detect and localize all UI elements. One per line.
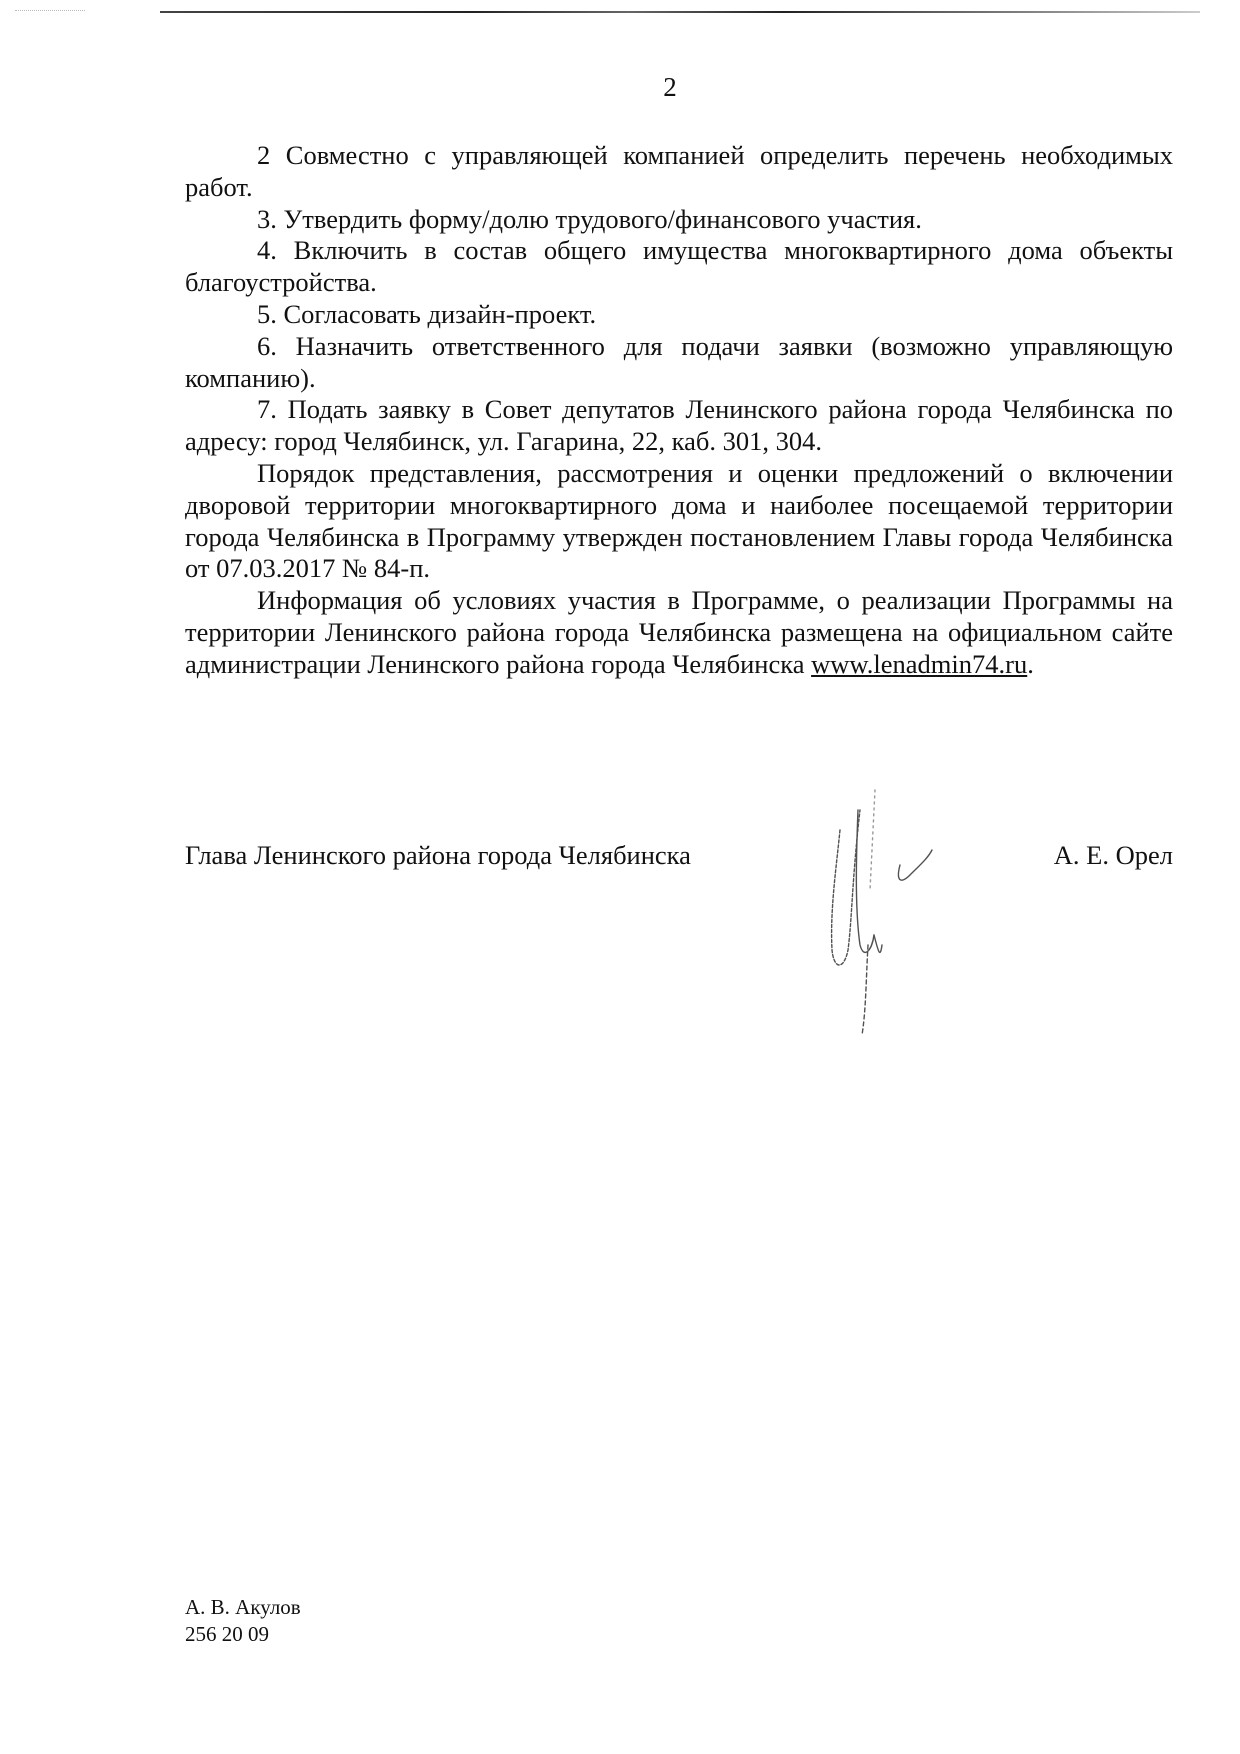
signatory-title: Глава Ленинского района города Челябинск… — [185, 840, 691, 871]
handwritten-signature-icon — [800, 770, 970, 1050]
list-item-2: 2 Совместно с управляющей компанией опре… — [185, 140, 1173, 204]
scan-artifact-top-line — [160, 11, 1200, 13]
executor-info: А. В. Акулов 256 20 09 — [185, 1594, 301, 1648]
list-item-5: 5. Согласовать дизайн-проект. — [185, 299, 1173, 331]
info-paragraph: Информация об условиях участия в Програм… — [185, 585, 1173, 680]
procedure-paragraph: Порядок представления, рассмотрения и оц… — [185, 458, 1173, 585]
executor-name: А. В. Акулов — [185, 1594, 301, 1621]
scan-artifact-dots — [15, 10, 85, 12]
website-link[interactable]: www.lenadmin74.ru — [811, 649, 1027, 679]
executor-phone: 256 20 09 — [185, 1621, 301, 1648]
list-item-6: 6. Назначить ответственного для подачи з… — [185, 331, 1173, 395]
list-item-4: 4. Включить в состав общего имущества мн… — [185, 235, 1173, 299]
signatory-name: А. Е. Орел — [1054, 840, 1173, 871]
list-item-3: 3. Утвердить форму/долю трудового/финанс… — [185, 204, 1173, 236]
list-item-7: 7. Подать заявку в Совет депутатов Ленин… — [185, 394, 1173, 458]
page-number: 2 — [0, 72, 1240, 103]
document-body: 2 Совместно с управляющей компанией опре… — [185, 140, 1173, 681]
signature-row: Глава Ленинского района города Челябинск… — [185, 840, 1173, 880]
info-period: . — [1027, 649, 1034, 679]
